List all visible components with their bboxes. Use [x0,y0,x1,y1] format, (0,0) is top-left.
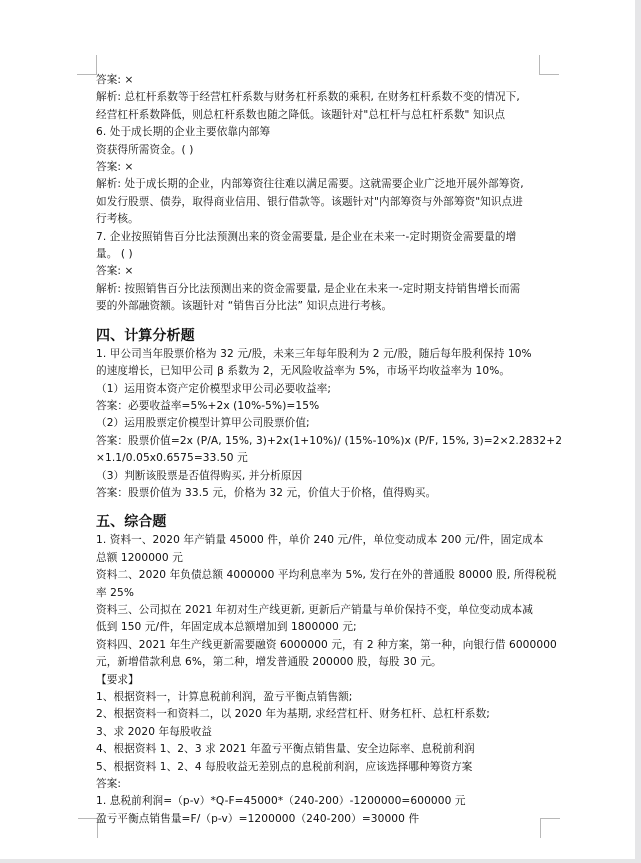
s5-material-3-line-1: 资料三、公司拟在 2021 年初对生产线更新, 更新后产销量与单价保持不变，单位… [96,602,546,619]
s4-q1-line-2: 的速度增长，已知甲公司 β 系数为 2，无风险收益率为 5%，市场平均收益率为 … [96,363,546,380]
s5-material-4-line-1: 资料四、2021 年生产线更新需要融资 6000000 元，有 2 种方案，第一… [96,637,546,654]
s5-requirement-1: 1、根据资料一，计算息税前利润，盈亏平衡点销售额; [96,689,546,706]
q5-analysis-line-1: 解析: 总杠杆系数等于经营杠杆系数与财务杠杆系数的乘积, 在财务杠杆系数不变的情… [96,89,546,106]
q6-analysis-line-3: 行考核。 [96,211,546,228]
s4-sub-question-2: （2）运用股票定价模型计算甲公司股票价值; [96,415,546,432]
q6-question-line-2: 资获得所需资金。( ) [96,142,546,159]
q6-question-line-1: 6. 处于成长期的企业主要依靠内部筹 [96,124,546,141]
q7-answer: 答案: × [96,263,546,280]
q5-answer: 答案: × [96,72,546,89]
s5-requirement-2: 2、根据资料一和资料二，以 2020 年为基期, 求经营杠杆、财务杠杆、总杠杆系… [96,706,546,723]
q6-analysis-line-2: 如发行股票、债券，取得商业信用、银行借款等。该题针对"内部筹资与外部筹资"知识点… [96,194,546,211]
s5-material-3-line-2: 低到 150 元/件，年固定成本总额增加到 1800000 元; [96,619,546,636]
s4-sub-question-3: （3）判断该股票是否值得购买, 并分析原因 [96,468,546,485]
s4-answer-2-line-1: 答案：股票价值=2x (P/A, 15%, 3)+2x(1+10%)/ (15%… [96,433,546,450]
s5-material-2-line-2: 率 25% [96,585,546,602]
q5-analysis-line-2: 经营杠杆系数降低，则总杠杆系数也随之降低。该题针对"总杠杆与总杠杆系数" 知识点 [96,107,546,124]
s4-answer-1: 答案：必要收益率=5%+2x (10%-5%)=15% [96,398,546,415]
q6-answer: 答案: × [96,159,546,176]
q7-question-line-1: 7. 企业按照销售百分比法预测出来的资金需要量, 是企业在未来一-定时期资金需要… [96,229,546,246]
s4-sub-question-1: （1）运用资本资产定价模型求甲公司必要收益率; [96,381,546,398]
s5-material-1-line-2: 总额 1200000 元 [96,550,546,567]
s5-requirement-4: 4、根据资料 1、2、3 求 2021 年盈亏平衡点销售量、安全边际率、息税前利… [96,741,546,758]
margin-corner-bottom-left [78,818,98,838]
s4-answer-2-line-2: ×1.1/0.05x0.6575=33.50 元 [96,450,546,467]
s5-requirements-title: 【要求】 [96,672,546,689]
document-body[interactable]: 答案: × 解析: 总杠杆系数等于经营杠杆系数与财务杠杆系数的乘积, 在财务杠杆… [96,72,546,828]
s4-q1-line-1: 1. 甲公司当年股票价格为 32 元/股，未来三年每年股利为 2 元/股，随后每… [96,346,546,363]
q7-question-line-2: 量。 ( ) [96,246,546,263]
s5-answer-line-1: 1. 息税前利润=（p-v）*Q-F=45000*（240-200）-12000… [96,793,546,810]
s5-material-4-line-2: 元，新增借款利息 6%，第二种，增发普通股 200000 股，每股 30 元。 [96,654,546,671]
s5-material-2-line-1: 资料二、2020 年负债总额 4000000 平均利息率为 5%, 发行在外的普… [96,567,546,584]
q6-analysis-line-1: 解析: 处于成长期的企业，内部筹资往往难以满足需要。这就需要企业广泛地开展外部筹… [96,176,546,193]
s5-requirement-3: 3、求 2020 年每股收益 [96,724,546,741]
section-5-heading: 五、综合题 [96,513,546,531]
s5-answer-label: 答案: [96,776,546,793]
s5-answer-line-2: 盈亏平衡点销售量=F/（p-v）=1200000（240-200）=30000 … [96,811,546,828]
document-page: 答案: × 解析: 总杠杆系数等于经营杠杆系数与财务杠杆系数的乘积, 在财务杠杆… [0,0,635,859]
q7-analysis-line-2: 要的外部融资额。该题针对 “销售百分比法” 知识点进行考核。 [96,298,546,315]
s5-requirement-5: 5、根据资料 1、2、4 每股收益无差别点的息税前利润，应该选择哪种筹资方案 [96,759,546,776]
margin-corner-top-left [77,55,97,75]
s4-answer-3: 答案：股票价值为 33.5 元，价格为 32 元，价值大于价格，值得购买。 [96,485,546,502]
section-4-heading: 四、计算分析题 [96,327,546,345]
q7-analysis-line-1: 解析: 按照销售百分比法预测出来的资金需要量, 是企业在未来一-定时期支持销售增… [96,281,546,298]
s5-material-1-line-1: 1. 资料一、2020 年产销量 45000 件，单价 240 元/件，单位变动… [96,532,546,549]
